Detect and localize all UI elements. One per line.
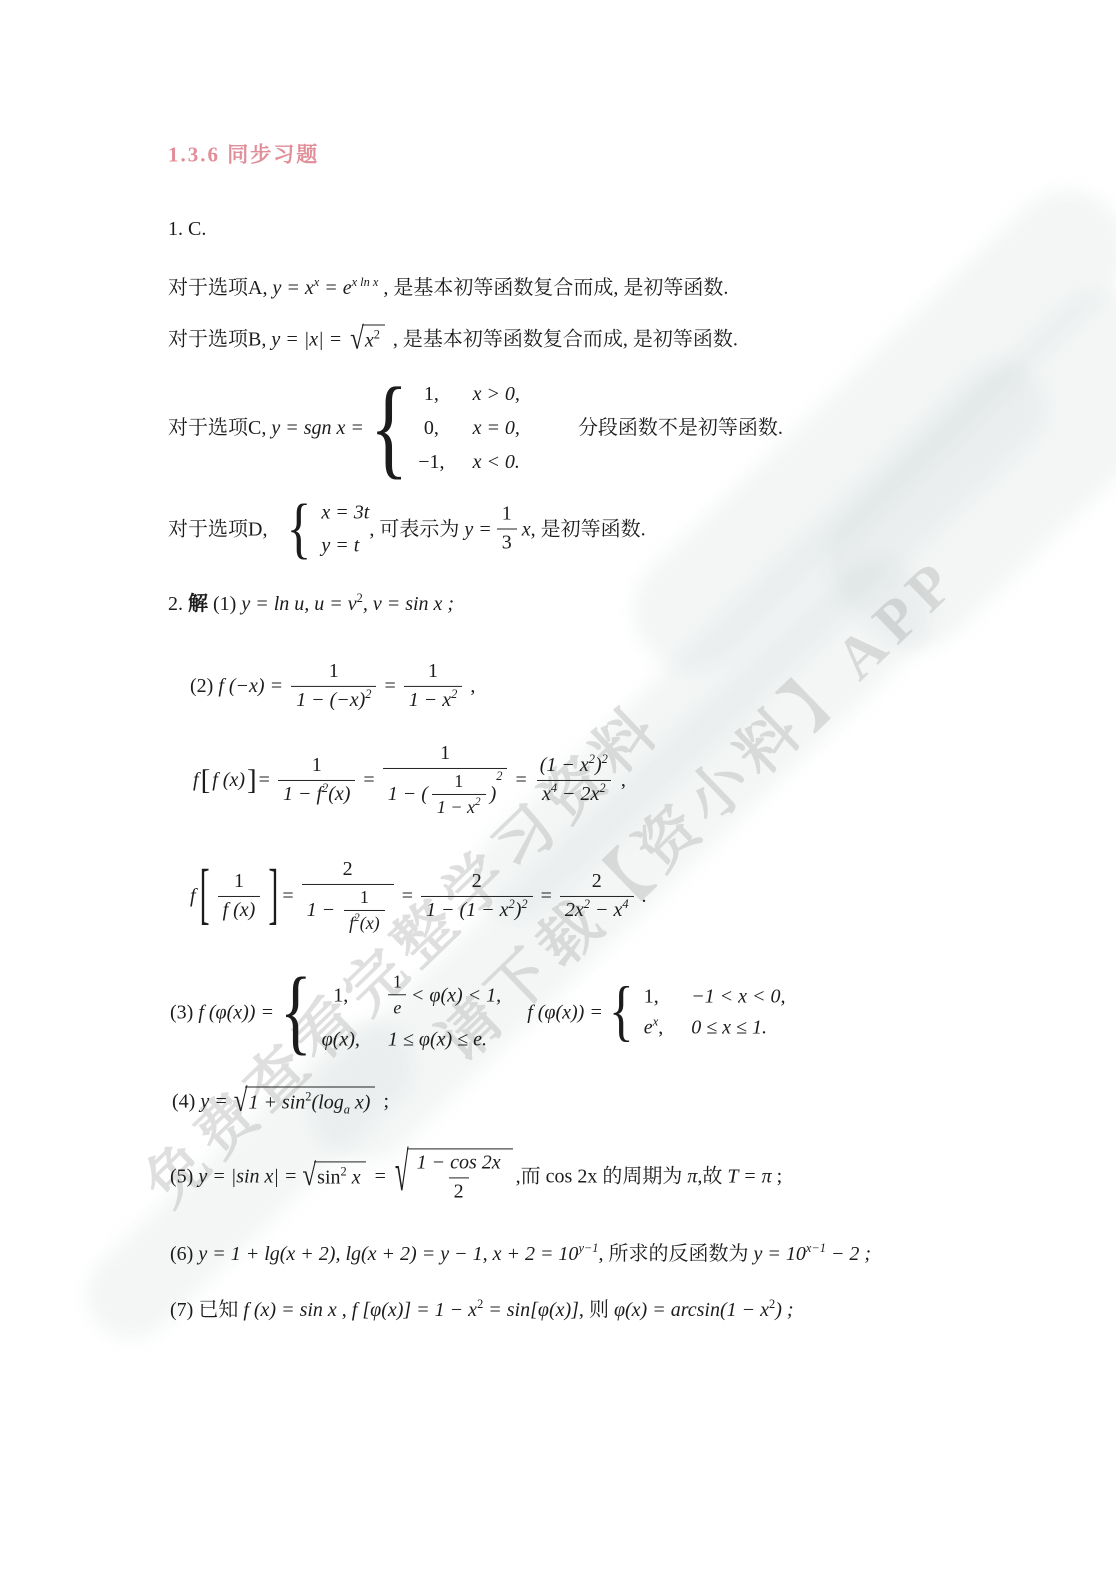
numerator: 1 (229, 870, 249, 896)
exponent: x ln x (352, 274, 379, 290)
case-value: φ(x), (322, 1027, 360, 1053)
math-text: ) (490, 783, 497, 807)
case-value: ex, (644, 1015, 663, 1041)
denominator: 1 − f2(x) (278, 780, 355, 807)
cn-text: ,故 (697, 1163, 727, 1189)
fraction: 2 2x2 − x4 (560, 870, 634, 922)
math-text: f (x) = sin x (243, 1297, 336, 1323)
radical-sign: √ (234, 1087, 248, 1118)
math-text: y = 10 (754, 1241, 806, 1267)
cn-text: , 是基本初等函数复合而成, 是初等函数. (388, 326, 738, 352)
numerator: 1 (307, 754, 327, 780)
math-text: f (190, 883, 196, 909)
left-bracket: [ (201, 766, 211, 795)
exponent: 2 (584, 897, 590, 912)
exponent: 2 (589, 752, 595, 767)
cn-text: , 是初等函数. (531, 516, 646, 542)
cn-text: 对于选项C, (168, 415, 271, 441)
exponent: 2 (305, 1088, 311, 1104)
exponent: 4 (622, 897, 628, 912)
math-text: < φ(x) < 1, (411, 982, 501, 1008)
radicand: 1 + sin2(loga x) (245, 1087, 375, 1116)
math-text: 1 − x (409, 689, 451, 713)
fraction: (1 − x2)2 x4 − 2x2 (535, 754, 613, 806)
case-condition: x = 0, (473, 415, 520, 441)
line-q2-4: (4) y = √ 1 + sin2(loga x) ; (172, 1087, 389, 1116)
fraction: 1 − cos 2x 2 (412, 1151, 506, 1203)
denominator: f2(x) (344, 910, 385, 934)
exponent: 2 (602, 752, 608, 767)
numerator: 2 (338, 858, 358, 884)
fraction: 1 1 − ( 1 1 − x2 ) 2 (383, 742, 508, 818)
punctuation: , (470, 673, 475, 699)
numerator: 1 (449, 771, 468, 794)
math-text: , v = sin x ; (363, 591, 454, 617)
fraction: 1 1 − x2 (404, 660, 463, 712)
math-text: sin (317, 1165, 340, 1191)
exponent: 2 (451, 687, 457, 702)
math-text: 1 − (−x) (296, 689, 365, 713)
math-text: 1 − (307, 899, 341, 923)
punctuation: ; (772, 1163, 783, 1189)
nested-fraction: 1 f2(x) (344, 887, 385, 934)
exponent: 2 (509, 897, 515, 912)
math-text: y = x (272, 275, 313, 301)
case-condition: −1 < x < 0, (691, 984, 785, 1010)
fraction: 2 1 − (1 − x2)2 (421, 870, 533, 922)
denominator: e (388, 995, 406, 1019)
numerator: 1 (388, 971, 407, 994)
math-text: f (−x) = (218, 673, 283, 699)
radicand: 1 − cos 2x 2 (407, 1148, 513, 1203)
fraction: 1 3 (497, 503, 517, 555)
line-option-d: 对于选项D, { x = 3t y = t , 可表示为 y = 1 3 x ,… (168, 500, 646, 559)
math-text: f [φ(x)] = 1 − x (352, 1297, 477, 1323)
math-text: − 2 ; (826, 1241, 871, 1267)
math-text: 1 + sin (248, 1090, 305, 1116)
section-title-text: 1.3.6 同步习题 (168, 141, 319, 168)
denominator: 1 − (−x)2 (291, 686, 376, 713)
denominator: 1 − ( 1 1 − x2 ) 2 (383, 768, 508, 818)
case-value: 1, (418, 381, 444, 407)
line-q2-1: 2. 解 (1) y = ln u, u = v 2 , v = sin x ; (168, 591, 454, 617)
radical-sign: √ (302, 1162, 316, 1192)
math-text: f (x) (212, 767, 245, 793)
exponent: 2 (354, 911, 360, 924)
denominator: x4 − 2x2 (537, 780, 611, 807)
math-text: y = (200, 1088, 227, 1114)
case-condition: x < 0. (473, 449, 520, 475)
punctuation: , (337, 1297, 352, 1323)
numerator: 2 (587, 870, 607, 896)
punctuation: ; (378, 1088, 389, 1114)
equals-sign: = (515, 767, 526, 793)
denominator: 1 − x2 (404, 686, 463, 713)
cn-text: ,而 cos 2x 的周期为 (516, 1163, 688, 1189)
equals-sign: = (363, 767, 374, 793)
exponent: y−1 (578, 1240, 598, 1256)
punctuation: , (621, 767, 626, 793)
equals-sign: = (282, 883, 293, 909)
cn-text: 解 (188, 591, 208, 617)
numerator: 1 (324, 660, 344, 686)
exponent: 2 (365, 687, 371, 702)
math-text: (x) (360, 913, 380, 934)
exponent: 2 (521, 897, 527, 912)
denominator: 3 (497, 529, 517, 556)
math-text: x (542, 783, 551, 807)
denominator: 1 − 1 f2(x) (302, 884, 394, 934)
radicand: x2 (362, 325, 385, 354)
line-q2-2b: f [ f (x) ] = 1 1 − f2(x) = 1 1 − ( 1 1 … (193, 742, 626, 818)
right-bracket: ] (247, 766, 257, 795)
line-q2-2c: f [ 1 f (x) ] = 2 1 − 1 f2(x) = 2 (190, 858, 647, 934)
line-q2-3: (3) f (φ(x)) = { 1, 1 e < φ(x) < 1, φ(x)… (170, 971, 786, 1052)
exponent: 2 (341, 1163, 347, 1179)
math-text: f (φ(x)) = (527, 999, 603, 1025)
math-text: f (φ(x)) = (198, 999, 274, 1025)
punctuation: . (642, 883, 647, 909)
math-text: f (193, 767, 199, 793)
case-value: 1, (322, 982, 360, 1008)
square-root: √ x2 (350, 325, 385, 354)
math-text: x (365, 328, 374, 354)
math-text: y = |sin x| = (198, 1163, 297, 1189)
case-value: 1, (644, 984, 663, 1010)
exponent: 2 (357, 590, 363, 606)
exponent: 2 (769, 1296, 775, 1312)
case-condition: 1 ≤ φ(x) ≤ e. (388, 1027, 501, 1053)
math-text: (log (311, 1090, 343, 1116)
math-text: x (522, 516, 531, 542)
case-condition: x > 0, (473, 381, 520, 407)
equals-sign: = (384, 673, 395, 699)
math-text: ) (515, 899, 522, 923)
denominator: 1 − (1 − x2)2 (421, 896, 533, 923)
radical-sign: √ (395, 1148, 409, 1200)
exponent: x (314, 274, 320, 290)
exponent: 4 (551, 781, 557, 796)
radicand: sin2 x (314, 1162, 365, 1191)
sub-item-number: (6) (170, 1241, 198, 1267)
math-text: 1 − (1 − x (426, 899, 509, 923)
math-text: y = ln u, u = v (241, 591, 356, 617)
numerator: 1 (355, 887, 374, 910)
cn-text: 对于选项A, (168, 275, 272, 301)
line-option-a: 对于选项A, y = x x = e x ln x , 是基本初等函数复合而成,… (168, 275, 728, 301)
answer-line: 1. C. (168, 216, 206, 242)
math-text: (x) (328, 783, 350, 807)
equals-sign: = (375, 1163, 386, 1189)
document-page: 免费查看完整学习资料 请下载【资小料】APP 1.3.6 同步习题 1. C. … (0, 0, 1116, 1579)
equals-sign: = (541, 883, 552, 909)
line-option-b: 对于选项B, y = |x| = √ x2 , 是基本初等函数复合而成, 是初等… (168, 325, 738, 354)
cn-text: , 可表示为 (369, 516, 464, 542)
math-text: 2x (565, 899, 584, 923)
item-number: 2. (168, 591, 188, 617)
exponent: 2 (322, 781, 328, 796)
fraction: 1 f (x) (218, 870, 261, 922)
piecewise-cases: 1, 1 e < φ(x) < 1, φ(x), 1 ≤ φ(x) ≤ e. (322, 971, 502, 1052)
math-text: = e (319, 275, 351, 301)
math-text: ) ; (775, 1297, 793, 1323)
numerator: 1 (497, 503, 517, 529)
cn-text: 对于选项B, (168, 326, 271, 352)
sub-item-number: (5) (170, 1163, 198, 1189)
content-layer: 1.3.6 同步习题 1. C. 对于选项A, y = x x = e x ln… (0, 0, 1116, 1579)
line-q2-7: (7) 已知 f (x) = sin x , f [φ(x)] = 1 − x … (170, 1297, 794, 1323)
numerator: 1 (423, 660, 443, 686)
cn-text: 则 (584, 1297, 614, 1323)
cn-text: 分段函数不是初等函数. (578, 415, 783, 441)
math-text: 1 − ( (388, 783, 428, 807)
math-text: x) (350, 1090, 371, 1116)
line-q2-6: (6) y = 1 + lg(x + 2), lg(x + 2) = y − 1… (170, 1241, 871, 1267)
math-text: e (644, 1015, 653, 1041)
fraction: 2 1 − 1 f2(x) (302, 858, 394, 934)
sub-item-number: (1) (208, 591, 241, 617)
exponent: 2 (374, 326, 380, 342)
cn-text: 对于选项D, (168, 516, 272, 542)
sub-item-number: (2) (190, 673, 218, 699)
math-text: φ(x) = arcsin(1 − x (614, 1297, 769, 1323)
numerator: (1 − x2)2 (535, 754, 613, 780)
math-text: y = sgn x = (271, 415, 364, 441)
exponent: 2 (496, 769, 502, 784)
exponent: x (653, 1013, 659, 1029)
case-condition: 1 e < φ(x) < 1, (388, 971, 501, 1018)
equals-sign: = (402, 883, 413, 909)
sub-item-number: (4) (172, 1088, 200, 1114)
math-text: π (687, 1163, 697, 1189)
math-text: − 2x (557, 783, 599, 807)
line-q2-2a: (2) f (−x) = 1 1 − (−x)2 = 1 1 − x2 , (190, 660, 475, 712)
math-text: = sin[φ(x)], (483, 1297, 584, 1323)
fraction: 1 1 − (−x)2 (291, 660, 376, 712)
piecewise-cases: 1, x > 0, 0, x = 0, −1, x < 0. (418, 381, 520, 475)
sub-item-number: (7) (170, 1297, 198, 1323)
line-option-c: 对于选项C, y = sgn x = { 1, x > 0, 0, x = 0,… (168, 381, 783, 475)
cn-text: 已知 (198, 1297, 243, 1323)
math-text: 1 − x (437, 797, 475, 818)
punctuation: , (658, 1015, 663, 1041)
math-text: (1 − x (540, 754, 589, 778)
answer-text: 1. C. (168, 216, 206, 242)
fraction: 1 1 − f2(x) (278, 754, 355, 806)
line-q2-5: (5) y = |sin x| = √ sin2 x = √ 1 − cos 2… (170, 1148, 782, 1203)
equation: y = t (321, 533, 359, 559)
denominator: 2 (449, 1177, 469, 1204)
case-condition: 0 ≤ x ≤ 1. (691, 1015, 785, 1041)
case-value: −1, (418, 449, 444, 475)
equation-system: x = 3t y = t (321, 500, 369, 559)
exponent: x−1 (806, 1240, 826, 1256)
numerator: 1 (435, 742, 455, 768)
cn-text: , 是基本初等函数复合而成, 是初等函数. (378, 275, 728, 301)
equation: x = 3t (321, 500, 369, 526)
square-root: √ 1 + sin2(loga x) (234, 1087, 376, 1116)
subscript: a (344, 1101, 350, 1117)
case-value: 0, (418, 415, 444, 441)
math-text: T = π (727, 1163, 771, 1189)
math-text: ) (595, 754, 602, 778)
denominator: 1 − x2 (432, 794, 486, 818)
math-text: x (347, 1165, 361, 1191)
section-title: 1.3.6 同步习题 (168, 141, 319, 168)
square-root: √ 1 − cos 2x 2 (395, 1148, 513, 1203)
piecewise-cases: 1, −1 < x < 0, ex, 0 ≤ x ≤ 1. (644, 984, 786, 1041)
sub-item-number: (3) (170, 999, 198, 1025)
math-text: y = (464, 516, 491, 542)
exponent: 2 (475, 795, 481, 808)
nested-fraction: 1 e (388, 971, 407, 1018)
exponent: 2 (477, 1296, 483, 1312)
math-text: 1 − f (283, 783, 322, 807)
denominator: 2x2 − x4 (560, 896, 634, 923)
numerator: 1 − cos 2x (412, 1151, 506, 1177)
numerator: 2 (467, 870, 487, 896)
math-text: y = |x| = (271, 326, 347, 352)
cn-text: , 所求的反函数为 (599, 1241, 754, 1267)
radical-sign: √ (350, 325, 364, 355)
math-text: y = 1 + lg(x + 2), lg(x + 2) = y − 1, x … (198, 1241, 578, 1267)
denominator: f (x) (218, 896, 261, 923)
nested-fraction: 1 1 − x2 (432, 771, 486, 818)
exponent: 2 (599, 781, 605, 796)
math-text: − x (590, 899, 622, 923)
equals-sign: = (259, 767, 270, 793)
square-root: √ sin2 x (302, 1162, 365, 1191)
